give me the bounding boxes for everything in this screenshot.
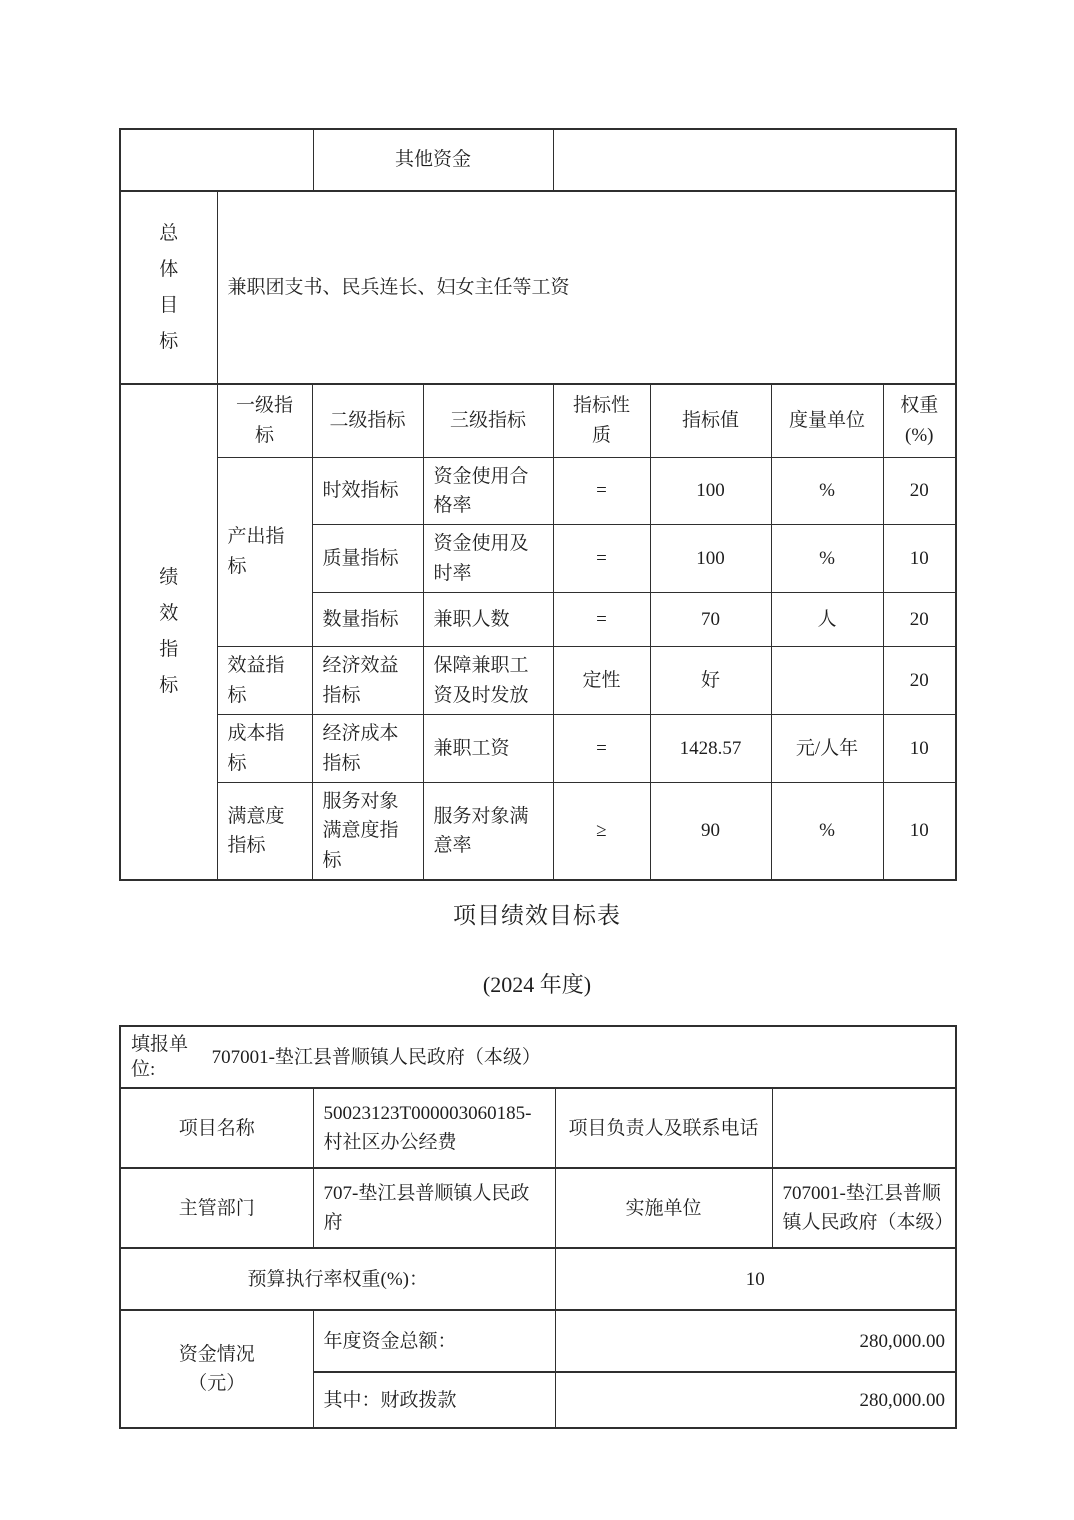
report-unit-label: 填报单位: xyxy=(131,1032,196,1083)
other-funds-spacer-cell xyxy=(120,129,313,191)
cell-weight: 10 xyxy=(883,525,956,593)
table-row: 总体目标 兼职团支书、民兵连长、妇女主任等工资 xyxy=(120,191,956,384)
table-row: 项目名称 50023123T000003060185-村社区办公经费 项目负责人… xyxy=(120,1088,956,1168)
cell-level2: 时效指标 xyxy=(312,457,423,525)
cell-nature: = xyxy=(553,715,650,783)
cell-level1: 成本指标 xyxy=(217,715,312,783)
cell-weight: 20 xyxy=(883,593,956,647)
header-level1: 一级指标 xyxy=(217,384,312,457)
cell-nature: ≥ xyxy=(553,783,650,881)
table-row: 主管部门 707-垫江县普顺镇人民政府 实施单位 707001-垫江县普顺镇人民… xyxy=(120,1168,956,1248)
project-leader-label: 项目负责人及联系电话 xyxy=(555,1088,772,1168)
cell-value: 好 xyxy=(650,647,771,715)
cell-level3: 保障兼职工资及时发放 xyxy=(423,647,553,715)
project-name-label: 项目名称 xyxy=(120,1088,313,1168)
page-title: 项目绩效目标表 xyxy=(119,897,955,930)
project-leader-value xyxy=(772,1088,956,1168)
indicator-row: 产出指标 时效指标 资金使用合格率 = 100 % 20 xyxy=(120,457,956,525)
cell-level1: 产出指标 xyxy=(217,457,312,647)
header-value: 指标值 xyxy=(650,384,771,457)
other-funds-table: 其他资金 xyxy=(119,128,957,192)
cell-level3: 资金使用及时率 xyxy=(423,525,553,593)
cell-weight: 20 xyxy=(883,647,956,715)
header-level2: 二级指标 xyxy=(312,384,423,457)
funds-label: 资金情况 （元） xyxy=(131,1340,303,1399)
indicators-section-label: 绩效指标 xyxy=(158,560,179,704)
table-row: 预算执行率权重(%)： 10 xyxy=(120,1248,956,1310)
budget-rate-value: 10 xyxy=(555,1248,956,1310)
page-subtitle: (2024 年度) xyxy=(119,968,955,999)
cell-weight: 10 xyxy=(883,783,956,881)
impl-unit-label: 实施单位 xyxy=(555,1168,772,1248)
header-unit: 度量单位 xyxy=(771,384,883,457)
cell-value: 100 xyxy=(650,525,771,593)
cell-nature: = xyxy=(553,525,650,593)
header-level3: 三级指标 xyxy=(423,384,553,457)
header-nature: 指标性质 xyxy=(553,384,650,457)
table-row: 其他资金 xyxy=(120,129,956,191)
report-unit-value: 707001-垫江县普顺镇人民政府（本级） xyxy=(212,1043,945,1072)
other-funds-value-cell xyxy=(553,129,956,191)
project-info-table: 填报单位: 707001-垫江县普顺镇人民政府（本级） 项目名称 5002312… xyxy=(119,1025,957,1429)
cell-level1: 效益指标 xyxy=(217,647,312,715)
cell-nature: 定性 xyxy=(553,647,650,715)
cell-level3: 资金使用合格率 xyxy=(423,457,553,525)
fiscal-allocation-label: 其中：财政拨款 xyxy=(313,1372,555,1428)
header-weight: 权重(%) xyxy=(883,384,956,457)
cell-value: 1428.57 xyxy=(650,715,771,783)
indicator-row: 满意度指标 服务对象满意度指标 服务对象满意率 ≥ 90 % 10 xyxy=(120,783,956,881)
funds-label-cell: 资金情况 （元） xyxy=(120,1310,313,1428)
cell-level2: 经济成本指标 xyxy=(312,715,423,783)
cell-level3: 兼职人数 xyxy=(423,593,553,647)
cell-value: 100 xyxy=(650,457,771,525)
overall-goal-text: 兼职团支书、民兵连长、妇女主任等工资 xyxy=(217,191,956,384)
project-name-value: 50023123T000003060185-村社区办公经费 xyxy=(313,1088,555,1168)
cell-unit: % xyxy=(771,783,883,881)
fiscal-allocation-value: 280,000.00 xyxy=(555,1372,956,1428)
other-funds-label-cell: 其他资金 xyxy=(313,129,553,191)
cell-unit xyxy=(771,647,883,715)
overall-goal-label-cell: 总体目标 xyxy=(120,191,217,384)
indicators-section-cell: 绩效指标 xyxy=(120,384,217,880)
table-row: 资金情况 （元） 年度资金总额： 280,000.00 xyxy=(120,1310,956,1372)
impl-unit-value: 707001-垫江县普顺镇人民政府（本级） xyxy=(772,1168,956,1248)
indicators-table: 绩效指标 一级指标 二级指标 三级指标 指标性质 指标值 度量单位 权重(%) … xyxy=(119,383,957,881)
cell-level2: 服务对象满意度指标 xyxy=(312,783,423,881)
dept-label: 主管部门 xyxy=(120,1168,313,1248)
cell-level2: 数量指标 xyxy=(312,593,423,647)
cell-unit: 元/人年 xyxy=(771,715,883,783)
indicator-row: 成本指标 经济成本指标 兼职工资 = 1428.57 元/人年 10 xyxy=(120,715,956,783)
cell-nature: = xyxy=(553,593,650,647)
document-page: 其他资金 总体目标 兼职团支书、民兵连长、妇女主任等工资 绩效指标 一级指标 二… xyxy=(119,128,957,1429)
cell-value: 90 xyxy=(650,783,771,881)
overall-goal-table: 总体目标 兼职团支书、民兵连长、妇女主任等工资 xyxy=(119,190,957,385)
cell-weight: 20 xyxy=(883,457,956,525)
cell-level1: 满意度指标 xyxy=(217,783,312,881)
table-row: 填报单位: 707001-垫江县普顺镇人民政府（本级） xyxy=(120,1026,956,1088)
cell-weight: 10 xyxy=(883,715,956,783)
indicators-header-row: 绩效指标 一级指标 二级指标 三级指标 指标性质 指标值 度量单位 权重(%) xyxy=(120,384,956,457)
overall-goal-label: 总体目标 xyxy=(158,216,179,360)
report-unit-cell: 填报单位: 707001-垫江县普顺镇人民政府（本级） xyxy=(120,1026,956,1088)
indicator-row: 效益指标 经济效益指标 保障兼职工资及时发放 定性 好 20 xyxy=(120,647,956,715)
cell-unit: % xyxy=(771,525,883,593)
cell-unit: 人 xyxy=(771,593,883,647)
cell-level2: 经济效益指标 xyxy=(312,647,423,715)
cell-nature: = xyxy=(553,457,650,525)
cell-value: 70 xyxy=(650,593,771,647)
budget-rate-label: 预算执行率权重(%)： xyxy=(120,1248,555,1310)
annual-total-label: 年度资金总额： xyxy=(313,1310,555,1372)
cell-unit: % xyxy=(771,457,883,525)
cell-level3: 服务对象满意率 xyxy=(423,783,553,881)
dept-value: 707-垫江县普顺镇人民政府 xyxy=(313,1168,555,1248)
annual-total-value: 280,000.00 xyxy=(555,1310,956,1372)
cell-level3: 兼职工资 xyxy=(423,715,553,783)
cell-level2: 质量指标 xyxy=(312,525,423,593)
